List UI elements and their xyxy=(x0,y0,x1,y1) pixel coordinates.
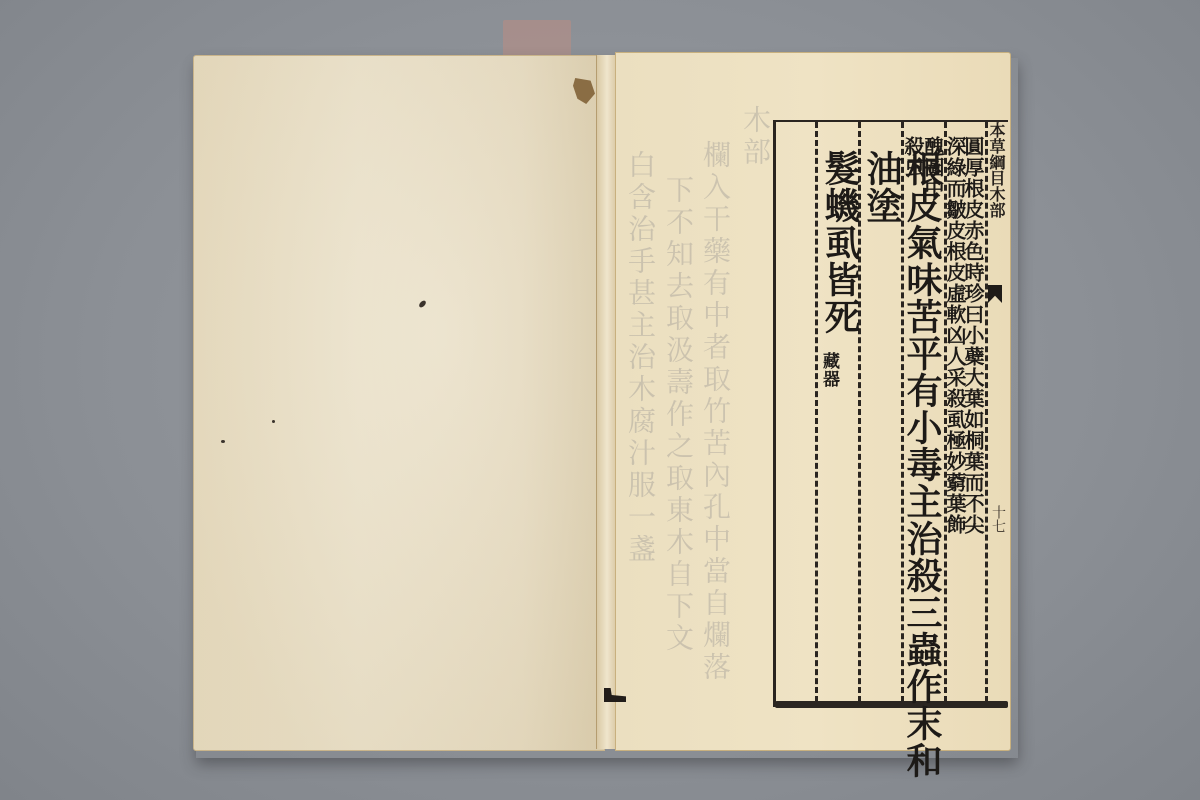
main-text-column: 髮蟣虱皆死 xyxy=(820,150,860,335)
showthrough-text-4: 白含治手甚主治木腐汁服一盞 xyxy=(620,150,660,566)
margin-title: 本草綱目木部 xyxy=(987,122,1005,218)
showthrough-text-3: 下不知去取汲壽作之取東木自下文 xyxy=(658,175,698,655)
left-page-blank xyxy=(193,55,605,751)
main-text-column: 根皮氣味苦平有小毒主治殺三蟲作末和油塗 xyxy=(862,150,942,800)
page-number: 十七 xyxy=(988,505,1008,533)
paper-blemish xyxy=(272,420,275,423)
annotation-line-b: 深綠而皺皮根皮虛軟凶人采殺虱極妙藭葉飾 xyxy=(944,136,966,535)
source-note: 藏器 xyxy=(820,352,837,388)
showthrough-text-1: 木部 xyxy=(735,105,775,169)
showthrough-text-2: 欄入干藥有中者取竹苦內孔中當自爛落 xyxy=(695,140,735,684)
paper-blemish xyxy=(221,440,225,443)
column-rule xyxy=(815,122,818,702)
